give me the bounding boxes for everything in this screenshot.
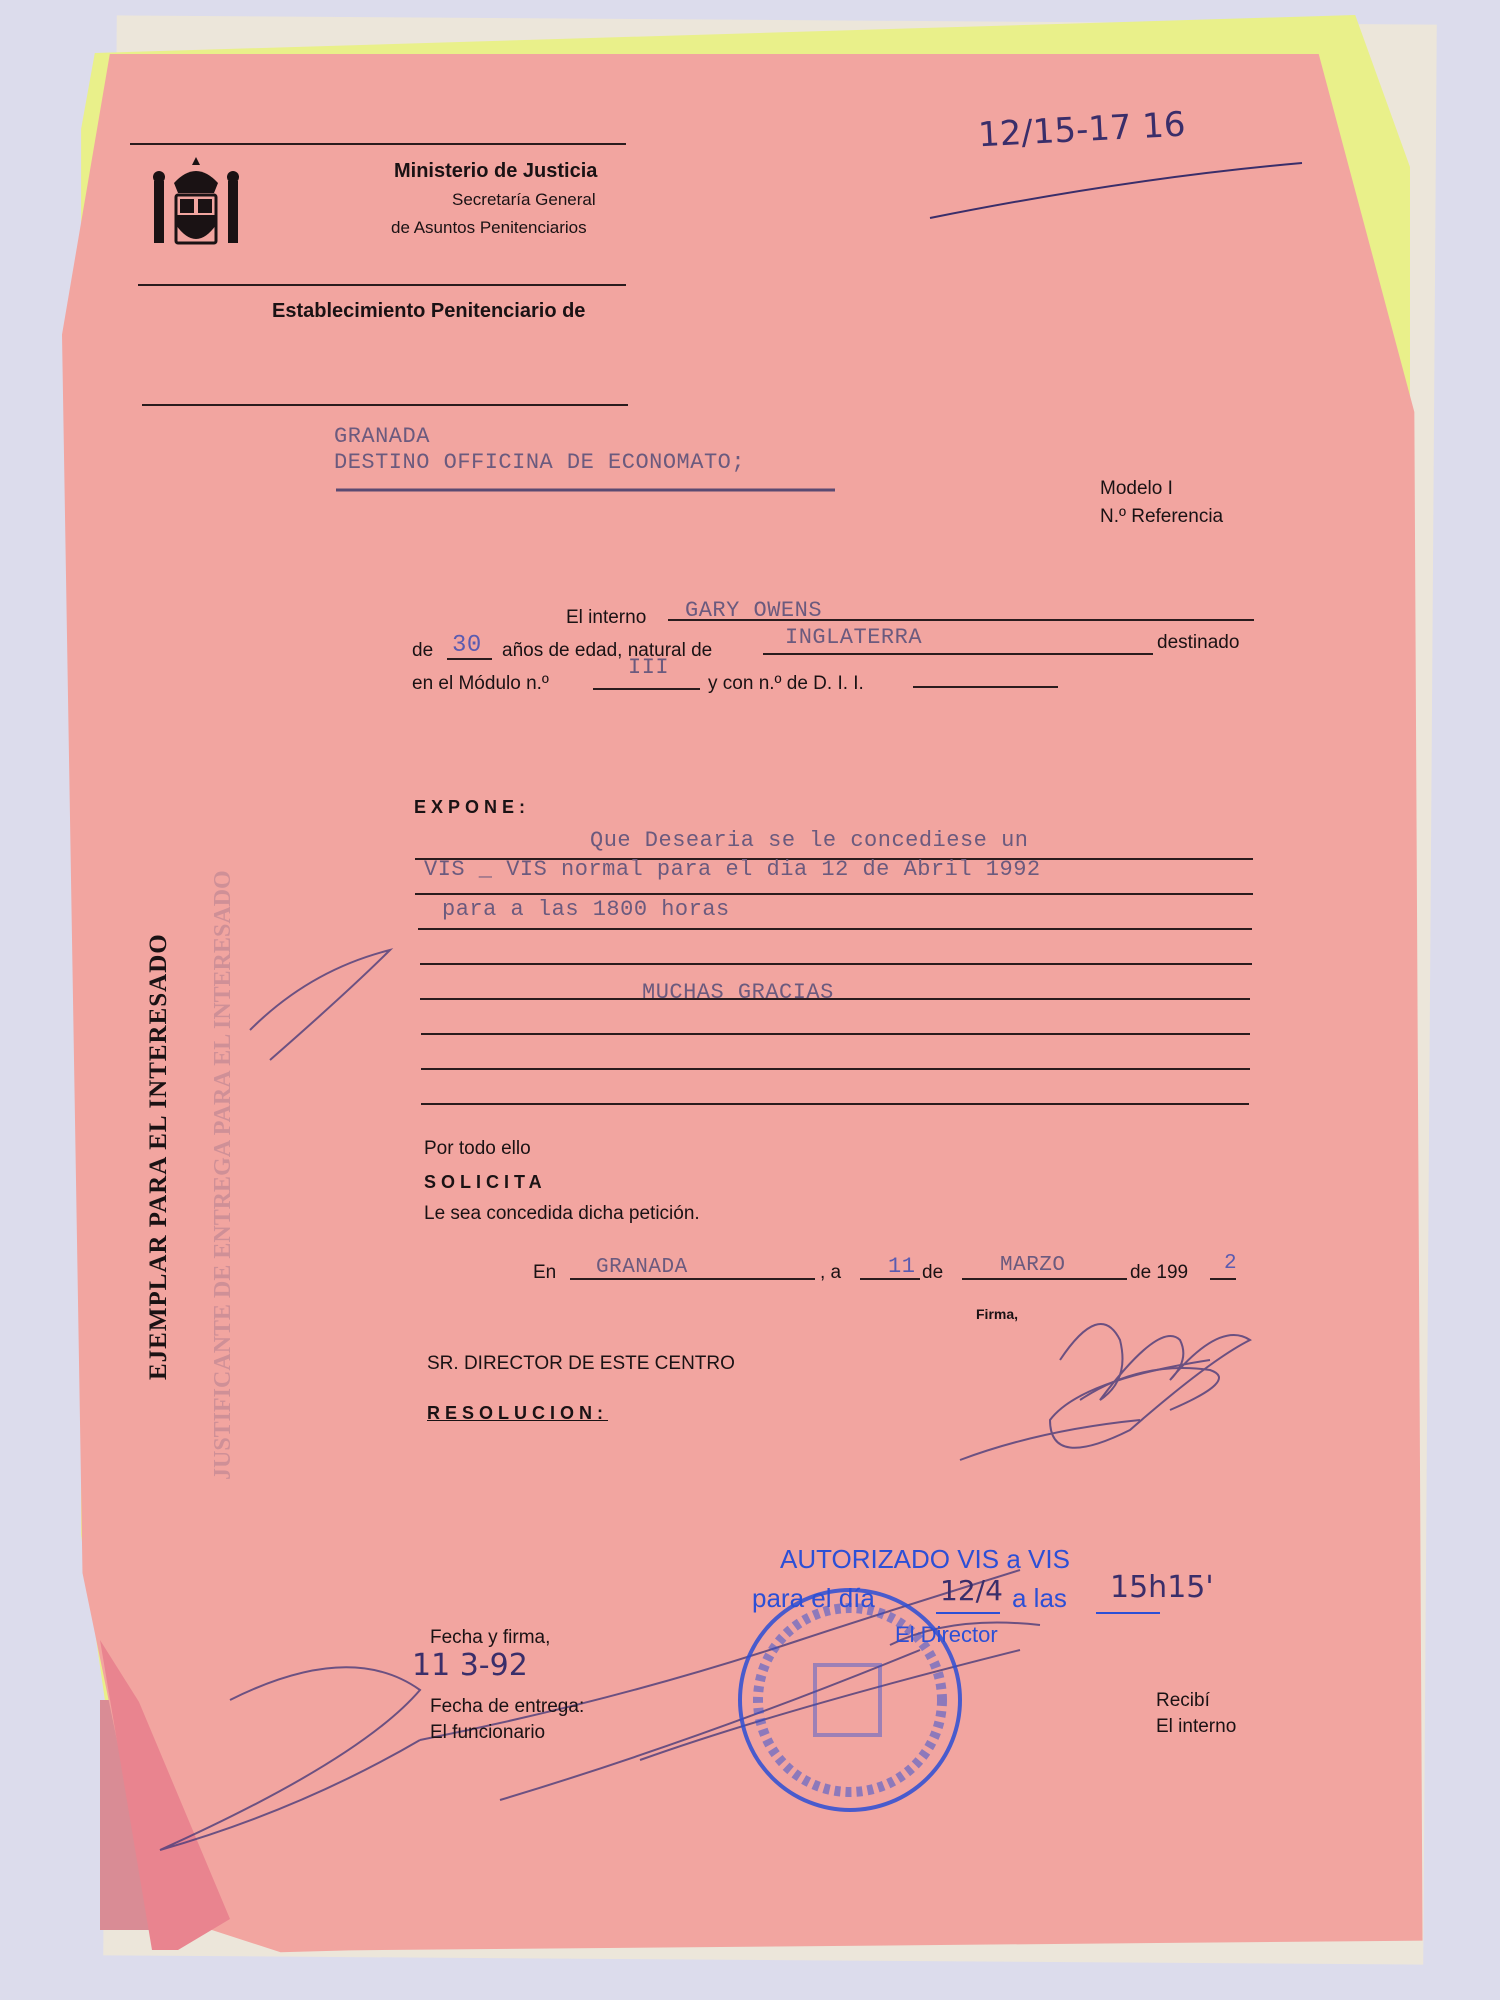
expone-line-5[interactable]: MUCHAS GRACIAS [642,980,834,1005]
typed-destination: DESTINO OFFICINA DE ECONOMATO; [334,450,745,475]
authorization-director-label: El Director [895,1622,998,1648]
secretariat-line1: Secretaría General [452,190,596,210]
age-suffix: años de edad, natural de [502,640,712,662]
solicita-heading: SOLICITA [424,1172,547,1193]
firma-label: Firma, [976,1306,1018,1322]
resolucion-heading: RESOLUCION: [427,1403,608,1424]
a-label: , a [820,1262,841,1284]
authorization-a-las-label: a las [1012,1583,1067,1614]
fecha-firma-value[interactable]: 11 3-92 [412,1648,528,1683]
typed-city: GRANADA [334,424,430,449]
ministry-title: Ministerio de Justicia [394,160,597,183]
expone-rule-4 [420,963,1252,965]
side-copy-label: EJEMPLAR PARA EL INTERESADO [145,933,173,1380]
authorization-stamp-title: AUTORIZADO VIS a VIS [780,1544,1070,1575]
age-field[interactable]: 30 [452,632,482,659]
expone-rule-6 [421,1033,1250,1035]
recibi-interno-label: El interno [1156,1716,1236,1738]
side-ghost-label: JUSTIFICANTE DE ENTREGA PARA EL INTERESA… [210,870,237,1480]
origin-field[interactable]: INGLATERRA [785,625,922,650]
solicita-text: Le sea concedida dicha petición. [424,1203,700,1225]
month-field[interactable]: MARZO [1000,1254,1066,1277]
por-todo-label: Por todo ello [424,1138,531,1160]
city-field[interactable]: GRANADA [596,1256,688,1279]
year-label: de 199 [1130,1262,1188,1284]
expone-rule-2 [415,893,1253,895]
expone-rule-8 [421,1103,1249,1105]
establishment-label: Establecimiento Penitenciario de [272,300,585,323]
reference-label: N.º Referencia [1100,506,1223,528]
recibi-label: Recibí [1156,1690,1210,1712]
authorization-para-label: para el día [752,1583,875,1614]
establishment-rule [142,404,628,406]
expone-line-3[interactable]: para a las 1800 horas [442,897,730,922]
funcionario-label: El funcionario [430,1722,545,1744]
year-field-line [1210,1278,1236,1280]
header-mid-rule [138,284,626,286]
authorization-time-line [1096,1612,1160,1614]
addressee: SR. DIRECTOR DE ESTE CENTRO [427,1353,735,1375]
authorization-day-line [936,1612,1000,1614]
origin-field-line [763,653,1153,655]
fecha-entrega-label: Fecha de entrega: [430,1696,584,1718]
month-field-line [962,1278,1127,1280]
modulo-field[interactable]: III [628,655,669,680]
authorization-time-field[interactable]: 15h15' [1110,1570,1214,1605]
interno-label: El interno [566,607,646,629]
expone-line-1[interactable]: Que Desearia se le concediese un [590,828,1028,853]
expone-rule-3 [418,928,1252,930]
header-top-rule [130,143,626,145]
expone-heading: EXPONE: [414,797,530,818]
authorization-day-field[interactable]: 12/4 [940,1574,1003,1607]
year-field[interactable]: 2 [1224,1252,1237,1275]
expone-rule-7 [421,1068,1250,1070]
secretariat-line2: de Asuntos Penitenciarios [391,218,587,238]
day-field[interactable]: 11 [888,1254,915,1279]
expone-rule-5 [420,998,1250,1000]
expone-line-2[interactable]: VIS _ VIS normal para el dia 12 de Abril… [424,857,1041,882]
modulo-label: en el Módulo n.º [412,673,549,695]
en-label: En [533,1262,556,1284]
de-label: de [412,640,433,662]
dii-label: y con n.º de D. I. I. [708,673,864,695]
fecha-firma-label: Fecha y firma, [430,1627,550,1649]
model-label: Modelo I [1100,478,1173,500]
de-month-label: de [922,1262,943,1284]
interno-field[interactable]: GARY OWENS [685,598,822,623]
dii-field-line [913,686,1058,688]
destinado-label: destinado [1157,632,1239,654]
modulo-field-line [593,688,700,690]
